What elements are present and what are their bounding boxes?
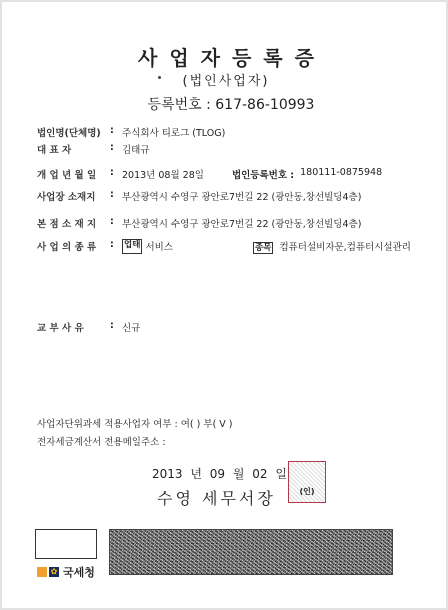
business-type-tag: 업태 — [122, 239, 142, 254]
field-label: 사 업 의 종 류 — [37, 239, 110, 254]
separator: : — [110, 189, 122, 203]
official-seal-stamp: (인) — [288, 461, 326, 503]
registration-number-line: 등록번호 : 617-86-10993 — [2, 94, 448, 114]
business-type-value: 서비스 — [145, 239, 173, 254]
certificate-page: 사업자등록증 (법인사업자) 등록번호 : 617-86-10993 법인명(단… — [0, 0, 448, 610]
seal-text: (인) — [289, 486, 325, 497]
field-label: 개 업 년 월 일 — [37, 167, 110, 181]
separator: : — [110, 125, 122, 139]
separator: : — [110, 320, 122, 334]
field-business-address: 사업장 소재지 : 부산광역시 수영구 광안로7번길 22 (광안동,창선빌딩4… — [37, 189, 361, 203]
field-value: 부산광역시 수영구 광안로7번길 22 (광안동,창선빌딩4층) — [122, 189, 361, 203]
field-label: 본 점 소 재 지 — [37, 216, 110, 230]
field-value: 부산광역시 수영구 광안로7번길 22 (광안동,창선빌딩4층) — [122, 216, 361, 230]
corp-reg-no-label: 법인등록번호 : — [232, 167, 294, 181]
field-label: 법인명(단체명) — [37, 125, 110, 139]
document-subtitle: (법인사업자) — [2, 70, 448, 89]
unit-tax-line: 사업자단위과세 적용사업자 여부 : 여( ) 부( V ) — [37, 416, 233, 430]
agency-name: 국세청 — [63, 564, 95, 580]
field-issue-reason: 교 부 사 유 : 신규 — [37, 320, 140, 334]
redacted-barcode-area — [109, 529, 393, 575]
business-item: 종목 컴퓨터설비자문,컴퓨터시설관리 — [253, 239, 411, 254]
field-value: 신규 — [122, 320, 140, 334]
logo-orange-block-icon — [37, 567, 47, 577]
registration-number-label: 등록번호 : — [148, 97, 211, 113]
field-value: 주식회사 티로그 (TLOG) — [122, 125, 225, 139]
field-value: 2013년 08월 28일 — [122, 167, 204, 181]
field-representative: 대 표 자 : 김태규 — [37, 142, 150, 156]
nts-logo: ✿ 국세청 — [37, 564, 95, 580]
field-hq-address: 본 점 소 재 지 : 부산광역시 수영구 광안로7번길 22 (광안동,창선빌… — [37, 216, 361, 230]
logo-flower-icon: ✿ — [49, 567, 59, 577]
field-corp-name: 법인명(단체명) : 주식회사 티로그 (TLOG) — [37, 125, 225, 139]
corp-reg-no-value: 180111-0875948 — [300, 167, 382, 181]
business-item-tag: 종목 — [253, 242, 273, 254]
separator: : — [110, 167, 122, 181]
separator: : — [110, 142, 122, 156]
business-item-value: 컴퓨터설비자문,컴퓨터시설관리 — [279, 239, 411, 253]
field-business-type: 사 업 의 종 류 : 업태 서비스 종목 컴퓨터설비자문,컴퓨터시설관리 — [37, 239, 411, 254]
field-value: 김태규 — [122, 142, 150, 156]
blank-box — [35, 529, 97, 559]
field-label: 교 부 사 유 — [37, 320, 110, 334]
tax-office-name: 수영 세무서장 — [157, 486, 276, 509]
field-opening-date: 개 업 년 월 일 : 2013년 08월 28일 법인등록번호 : 18011… — [37, 167, 382, 181]
registration-number: 617-86-10993 — [215, 97, 314, 113]
separator: : — [110, 216, 122, 230]
separator: : — [110, 239, 122, 254]
document-title: 사업자등록증 — [2, 42, 448, 71]
field-label: 대 표 자 — [37, 142, 110, 156]
issue-date: 2013 년 09 월 02 일 — [152, 465, 287, 482]
e-invoice-email-line: 전자세금계산서 전용메일주소 : — [37, 434, 166, 448]
field-label: 사업장 소재지 — [37, 189, 110, 203]
